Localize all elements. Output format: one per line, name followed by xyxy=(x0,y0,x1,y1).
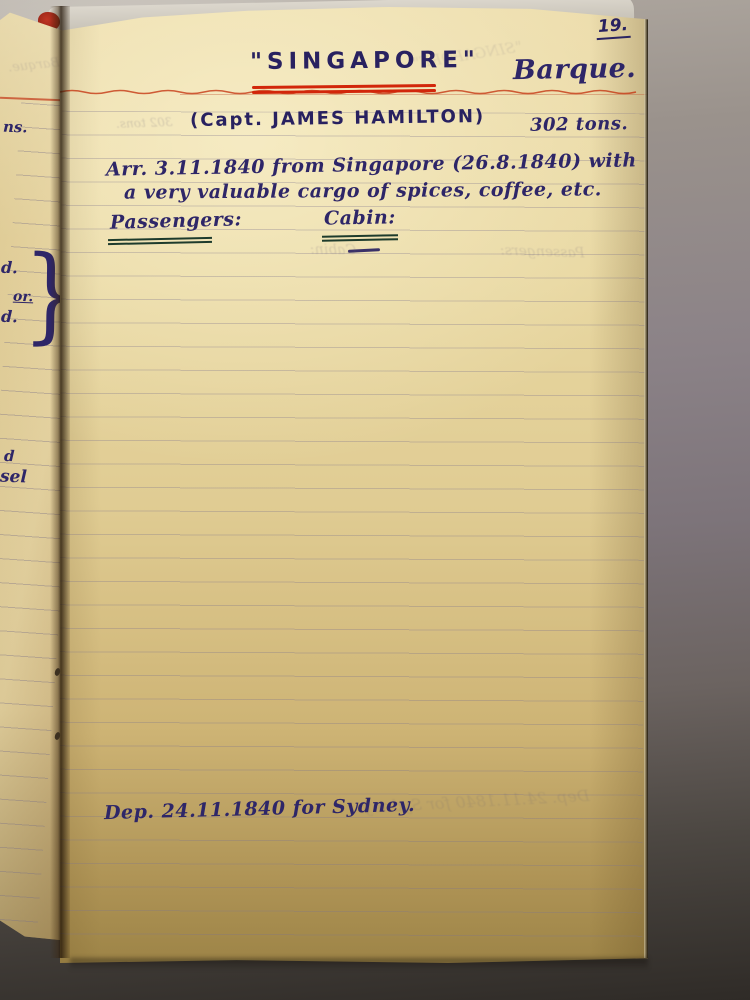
ledger-page: 19. "SINGAPORE" Barque. (Capt. JAMES HAM… xyxy=(60,6,648,964)
cabin-heading: Cabin: xyxy=(324,206,396,229)
captain-line: (Capt. JAMES HAMILTON) xyxy=(190,106,485,131)
ledger-photo-scene: Barque. ns. d. or. d. } d sel 19. "SINGA… xyxy=(0,0,750,1000)
left-fragment-ns: ns. xyxy=(3,118,28,137)
left-fragment-d1: d. xyxy=(1,258,18,278)
page-edge-shadow xyxy=(644,16,648,958)
ship-title: "SINGAPORE" xyxy=(250,47,480,75)
page-bottom-shadow xyxy=(70,958,648,970)
tonnage: 302 tons. xyxy=(530,113,629,136)
arrival-line-2: a very valuable cargo of spices, coffee,… xyxy=(124,178,602,203)
left-fragment-sel: sel xyxy=(0,467,27,488)
page-number: 19. xyxy=(595,15,631,40)
left-fragment-d2: d. xyxy=(1,307,18,327)
left-fragment-d3: d xyxy=(4,447,15,465)
gutter-shadow xyxy=(50,6,70,958)
vessel-type: Barque. xyxy=(513,53,637,86)
red-margin-line-faint xyxy=(180,94,648,95)
passengers-heading: Passengers: xyxy=(110,208,243,233)
